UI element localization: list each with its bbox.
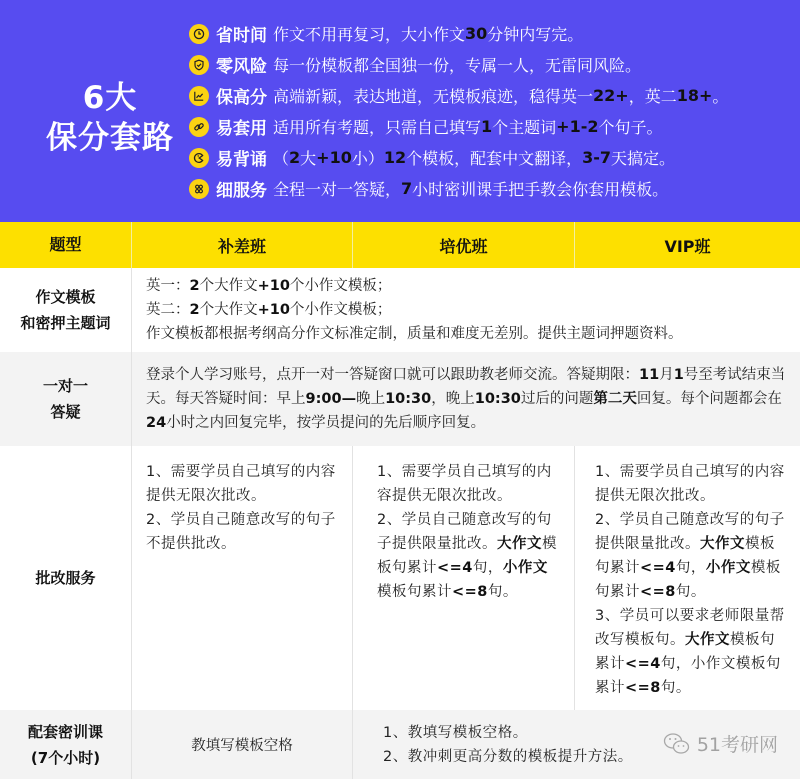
feature-name: 零风险 <box>216 52 267 77</box>
number: <=8 <box>640 584 676 600</box>
feature-text: 小时密训课手把手教会你套用模板。 <box>412 177 668 200</box>
number: 10:30 <box>475 391 521 407</box>
promo-banner: 6大 保分套路 省时间 作文不用再复习，大小作文30分钟内写完。 零风险 每一份… <box>0 0 800 222</box>
row-label-line1: 一对一 <box>43 373 88 399</box>
text: 回复。每个问题都会在 <box>637 391 782 407</box>
content-line: 作文模板都根据考纲高分作文标准定制，质量和难度无差别。提供主题词押题资料。 <box>146 322 683 346</box>
advanced-correction-cell: 1、需要学员自己填写的内容提供无限次批改。 2、学员自己随意改写的句子提供限量批… <box>353 446 575 710</box>
clock-icon <box>189 24 209 44</box>
number: <=8 <box>452 584 488 600</box>
text: 登录个人学习账号，点开一对一答疑窗口就可以跟助教老师交流。答疑期限： <box>146 367 639 383</box>
feature-number: 30 <box>465 24 487 43</box>
feature-item: 易套用 适用所有考题，只需自己填写1个主题词+1-2个句子。 <box>189 111 728 142</box>
feature-text: 大 <box>300 146 316 169</box>
number: 2 <box>190 278 200 294</box>
list-item: 1、需要学员自己填写的内容提供无限次批改。 <box>595 460 788 508</box>
feature-name: 细服务 <box>216 176 267 201</box>
header-vip-class: VIP班 <box>575 222 800 268</box>
watermark-text: 51考研网 <box>697 730 778 757</box>
number: 1 <box>674 367 684 383</box>
feature-text: 小） <box>352 146 384 169</box>
text: 模板句累计 <box>377 584 452 600</box>
feature-text: 。 <box>712 84 728 107</box>
row-label-line1: 作文模板 <box>20 284 110 310</box>
header-type: 题型 <box>0 222 132 268</box>
number: 10:30 <box>385 391 431 407</box>
row-label: 一对一 答疑 <box>0 352 132 446</box>
row-label: 作文模板 和密押主题词 <box>0 268 132 352</box>
text: 小时之内回复完毕，按学员提问的先后顺序回复。 <box>166 415 485 431</box>
feature-name: 易背诵 <box>216 145 267 170</box>
text: 个小作文模板； <box>290 278 392 294</box>
service-icon <box>189 179 209 199</box>
feature-item: 细服务 全程一对一答疑，7小时密训课手把手教会你套用模板。 <box>189 173 728 204</box>
row-content: 英一：2个大作文+10个小作文模板； 英二：2个大作文+10个小作文模板； 作文… <box>132 268 800 352</box>
text: 英二： <box>146 302 190 318</box>
banner-title: 6大 保分套路 <box>40 78 180 158</box>
feature-item: 易背诵 （2大+10小）12个模板，配套中文翻译，3-7天搞定。 <box>189 142 728 173</box>
feature-number: 3-7 <box>582 148 611 167</box>
row-label: 配套密训课 (7个小时) <box>0 710 132 779</box>
feature-text: 个主题词 <box>492 115 556 138</box>
feature-name: 保高分 <box>216 83 267 108</box>
feature-text: 分钟内写完。 <box>487 22 583 45</box>
number: 11 <box>639 367 659 383</box>
text: 个小作文模板； <box>290 302 392 318</box>
table-row-qa: 一对一 答疑 登录个人学习账号，点开一对一答疑窗口就可以跟助教老师交流。答疑期限… <box>0 352 800 446</box>
feature-text: （ <box>273 146 289 169</box>
vip-correction-cell: 1、需要学员自己填写的内容提供无限次批改。 2、学员自己随意改写的句子提供限量批… <box>575 446 800 710</box>
text: 过后的问题 <box>521 391 594 407</box>
chart-line-icon <box>189 86 209 106</box>
text: 月 <box>659 367 674 383</box>
banner-title-line2: 保分套路 <box>40 118 180 158</box>
table-row-essay-templates: 作文模板 和密押主题词 英一：2个大作文+10个小作文模板； 英二：2个大作文+… <box>0 268 800 352</box>
qa-paragraph: 登录个人学习账号，点开一对一答疑窗口就可以跟助教老师交流。答疑期限：11月1号至… <box>146 363 788 435</box>
table-row-correction: 批改服务 1、需要学员自己填写的内容提供无限次批改。 2、学员自己随意改写的句子… <box>0 446 800 710</box>
text: 句。 <box>488 584 518 600</box>
feature-number: 2 <box>289 148 300 167</box>
text: 句， <box>473 560 503 576</box>
feature-text: 高端新颖，表达地道，无模板痕迹，稳得英一 <box>273 84 593 107</box>
row-label-line2: 和密押主题词 <box>20 310 110 336</box>
feature-text: 适用所有考题，只需自己填写 <box>273 115 481 138</box>
number: <=4 <box>437 560 473 576</box>
row-label: 批改服务 <box>0 446 132 710</box>
feature-text: 个模板，配套中文翻译， <box>406 146 582 169</box>
banner-title-line1: 6大 <box>40 78 180 118</box>
row-label-line2: (7个小时) <box>28 745 103 771</box>
row-label-line2: 答疑 <box>43 399 88 425</box>
header-basic-class: 补差班 <box>132 222 353 268</box>
row-content: 登录个人学习账号，点开一对一答疑窗口就可以跟助教老师交流。答疑期限：11月1号至… <box>132 352 800 446</box>
emphasis: 小作文 <box>706 560 751 576</box>
header-advanced-class: 培优班 <box>353 222 575 268</box>
feature-list: 省时间 作文不用再复习，大小作文30分钟内写完。 零风险 每一份模板都全国独一份… <box>189 18 728 204</box>
number: <=4 <box>625 656 661 672</box>
row-label-line1: 配套密训课 <box>28 719 103 745</box>
feature-number: +10 <box>316 148 352 167</box>
feature-item: 零风险 每一份模板都全国独一份，专属一人，无雷同风险。 <box>189 49 728 80</box>
emphasis: 小作文 <box>503 560 548 576</box>
feature-text: 作文不用再复习，大小作文 <box>273 22 465 45</box>
link-icon <box>189 117 209 137</box>
list-item: 1、需要学员自己填写的内容提供无限次批改。 <box>377 460 562 508</box>
list-item: 1、需要学员自己填写的内容提供无限次批改。 <box>146 460 340 508</box>
feature-text: 每一份模板都全国独一份，专属一人，无雷同风险。 <box>273 53 641 76</box>
feature-item: 保高分 高端新颖，表达地道，无模板痕迹，稳得英一22+，英二18+。 <box>189 80 728 111</box>
feature-number: 12 <box>384 148 406 167</box>
feature-number: +1-2 <box>556 117 598 136</box>
feature-item: 省时间 作文不用再复习，大小作文30分钟内写完。 <box>189 18 728 49</box>
list-item: 2、教冲刺更高分数的模板提升方法。 <box>383 745 633 769</box>
feature-number: 7 <box>401 179 412 198</box>
pacman-icon <box>189 148 209 168</box>
list-item: 3、学员可以要求老师限量帮改写模板句。大作文模板句累计<=4句，小作文模板句累计… <box>595 604 788 700</box>
feature-number: 1 <box>481 117 492 136</box>
number: <=4 <box>640 560 676 576</box>
number: <=8 <box>625 680 661 696</box>
table-header-row: 题型 补差班 培优班 VIP班 <box>0 222 800 268</box>
number: 2 <box>190 302 200 318</box>
text: 个大作文 <box>200 278 258 294</box>
list-item: 2、学员自己随意改写的句子提供限量批改。大作文模板句累计<=4句，小作文模板句累… <box>377 508 562 604</box>
basic-course-cell: 教填写模板空格 <box>132 710 353 779</box>
list-item: 2、学员自己随意改写的句子不提供批改。 <box>146 508 340 556</box>
text: 英一： <box>146 278 190 294</box>
basic-correction-cell: 1、需要学员自己填写的内容提供无限次批改。 2、学员自己随意改写的句子不提供批改… <box>132 446 353 710</box>
content-line: 英二：2个大作文+10个小作文模板； <box>146 298 683 322</box>
number: +10 <box>258 302 290 318</box>
list-item: 2、学员自己随意改写的句子提供限量批改。大作文模板句累计<=4句，小作文模板句累… <box>595 508 788 604</box>
feature-text: 个句子。 <box>598 115 662 138</box>
emphasis: 大作文 <box>700 536 745 552</box>
text: 句。 <box>676 584 706 600</box>
emphasis: 第二天 <box>593 391 637 407</box>
feature-text: 全程一对一答疑， <box>273 177 401 200</box>
number: +10 <box>258 278 290 294</box>
text: ，晚上 <box>431 391 475 407</box>
wechat-icon <box>663 732 691 756</box>
feature-name: 易套用 <box>216 114 267 139</box>
feature-text: ，英二 <box>629 84 677 107</box>
emphasis: 大作文 <box>685 632 730 648</box>
watermark: 51考研网 <box>663 730 778 757</box>
number: 9:00— <box>306 391 357 407</box>
feature-text: 天搞定。 <box>611 146 675 169</box>
list-item: 1、教填写模板空格。 <box>383 721 633 745</box>
number: 24 <box>146 415 166 431</box>
feature-number: 18+ <box>677 86 713 105</box>
text: 句。 <box>661 680 691 696</box>
feature-number: 22+ <box>593 86 629 105</box>
feature-name: 省时间 <box>216 21 267 46</box>
text: 晚上 <box>356 391 385 407</box>
content-line: 英一：2个大作文+10个小作文模板； <box>146 274 683 298</box>
shield-check-icon <box>189 55 209 75</box>
text: 句， <box>676 560 706 576</box>
text: 个大作文 <box>200 302 258 318</box>
emphasis: 大作文 <box>497 536 542 552</box>
